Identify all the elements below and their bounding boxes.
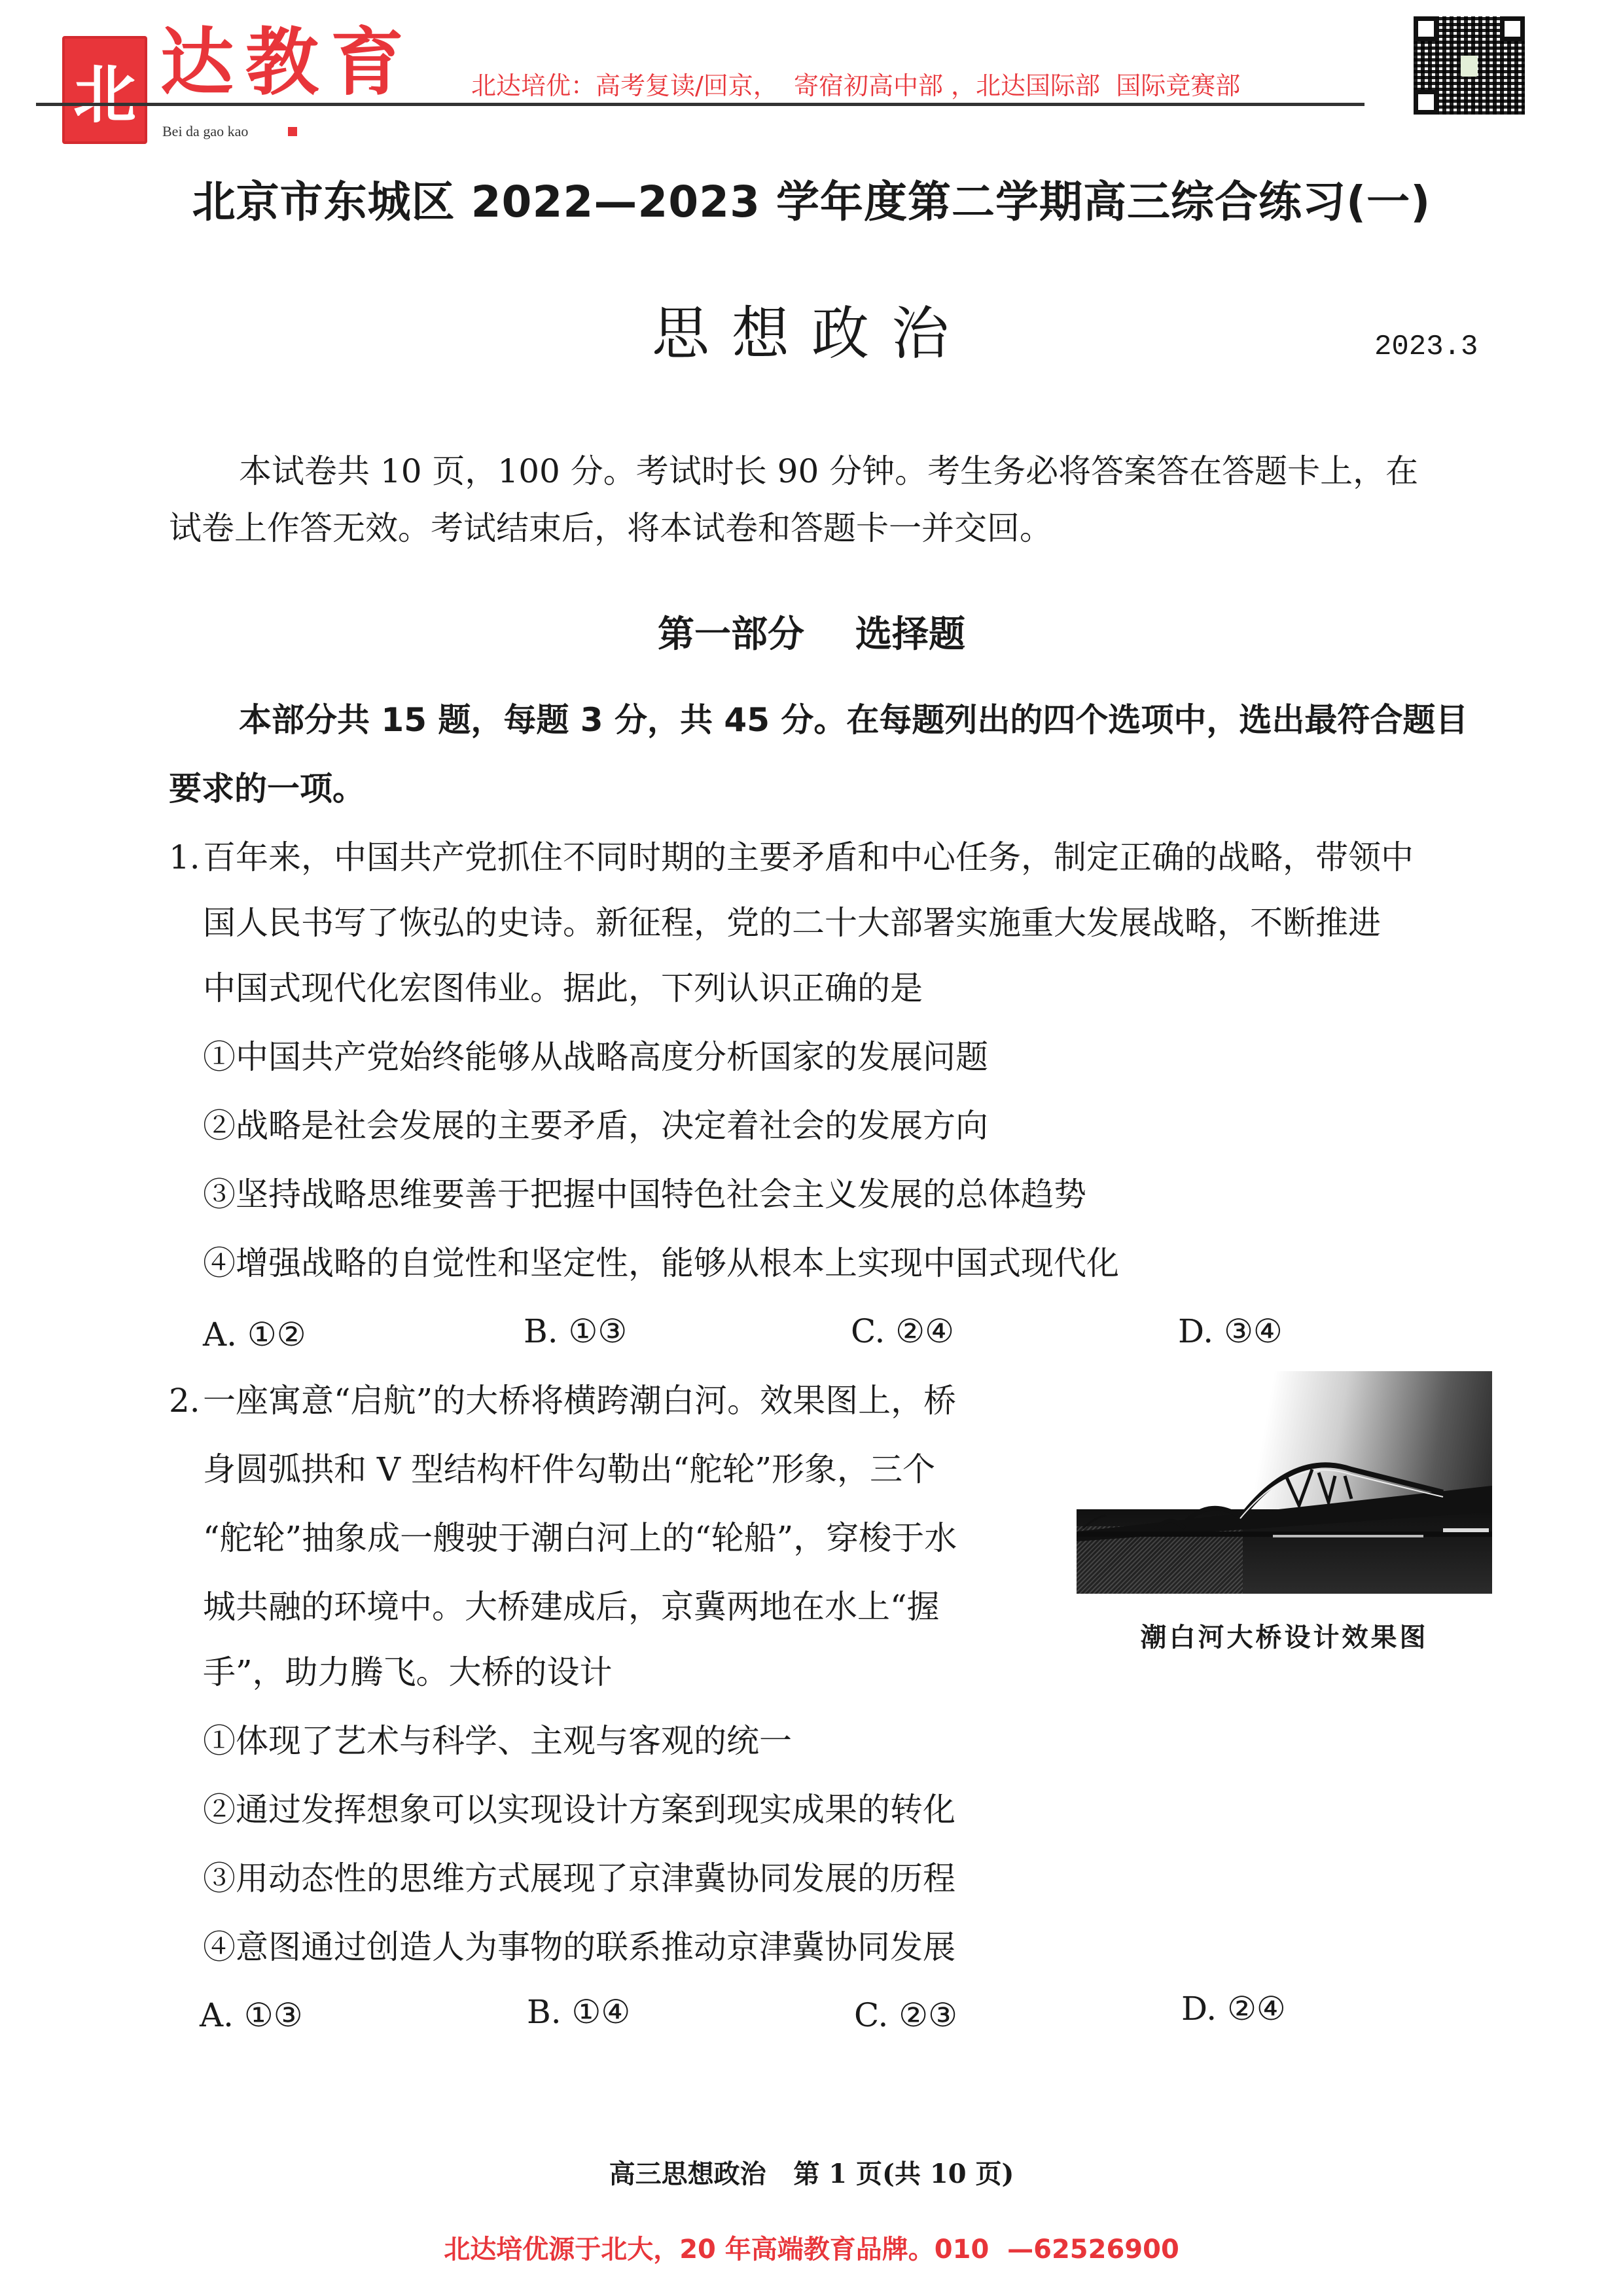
section-description-line-2: 要求的一项。 xyxy=(169,772,365,805)
option-a[interactable]: A. ①② xyxy=(203,1316,306,1354)
brand-footer: 北达培优源于北大，20 年高端教育品牌。010 —62526900 xyxy=(0,2229,1623,2266)
question-stem-line: 手”，助力腾飞。大桥的设计 xyxy=(203,1656,613,1689)
option-c[interactable]: C. ②④ xyxy=(851,1312,954,1350)
statement-1: ①体现了艺术与科学、主观与客观的统一 xyxy=(203,1725,792,1757)
figure-caption: 潮白河大桥设计效果图 xyxy=(1077,1617,1492,1654)
option-a[interactable]: A. ①③ xyxy=(200,1996,303,2034)
qr-code-icon xyxy=(1414,16,1525,115)
exam-date: 2023.3 xyxy=(1374,331,1478,363)
option-d[interactable]: D. ③④ xyxy=(1178,1312,1283,1350)
statement-4: ④意图通过创造人为事物的联系推动京津冀协同发展 xyxy=(203,1931,955,1964)
option-b[interactable]: B. ①③ xyxy=(524,1312,627,1350)
statement-1: ①中国共产党始终能够从战略高度分析国家的发展问题 xyxy=(203,1041,988,1073)
statement-2: ②通过发挥想象可以实现设计方案到现实成果的转化 xyxy=(203,1793,955,1826)
logo-square-icon xyxy=(288,127,297,136)
header-divider xyxy=(36,103,1364,106)
qr-center-logo xyxy=(1461,56,1478,77)
question-number: 2. xyxy=(169,1384,200,1417)
option-c[interactable]: C. ②③ xyxy=(854,1996,957,2034)
header-slogan: 北达培优：高考复读/回京， 寄宿初高中部 ，北达国际部 国际竞赛部 xyxy=(471,65,1240,101)
option-b[interactable]: B. ①④ xyxy=(527,1993,630,2031)
qr-finder-pattern xyxy=(1414,90,1438,115)
logo-seal: 北 xyxy=(62,36,147,144)
logo-subtext: Bei da gao kao xyxy=(162,123,248,140)
question-number: 1. xyxy=(169,841,200,874)
section-title: 第一部分 选择题 xyxy=(0,605,1623,658)
question-stem-line: 中国式现代化宏图伟业。据此，下列认识正确的是 xyxy=(203,972,923,1005)
statement-3: ③用动态性的思维方式展现了京津冀协同发展的历程 xyxy=(203,1862,955,1895)
logo-text: 达教育 xyxy=(160,26,416,99)
question-stem-line: 百年来，中国共产党抓住不同时期的主要矛盾和中心任务，制定正确的战略，带领中 xyxy=(203,841,1414,874)
instructions-line-1: 本试卷共 10 页，100 分。考试时长 90 分钟。考生务必将答案答在答题卡上… xyxy=(239,455,1418,488)
question-stem-line: 城共融的环境中。大桥建成后，京冀两地在水上“握 xyxy=(203,1590,940,1623)
statement-3: ③坚持战略思维要善于把握中国特色社会主义发展的总体趋势 xyxy=(203,1178,1086,1211)
question-stem-line: 国人民书写了恢弘的史诗。新征程，党的二十大部署实施重大发展战略，不断推进 xyxy=(203,906,1381,939)
question-stem-line: “舵轮”抽象成一艘驶于潮白河上的“轮船”，穿梭于水 xyxy=(203,1522,957,1554)
page-number-footer: 高三思想政治 第 1 页(共 10 页) xyxy=(0,2153,1623,2191)
statement-2: ②战略是社会发展的主要矛盾，决定着社会的发展方向 xyxy=(203,1109,988,1142)
statement-4: ④增强战略的自觉性和坚定性，能够从根本上实现中国式现代化 xyxy=(203,1247,1119,1280)
exam-title: 北京市东城区 2022—2023 学年度第二学期高三综合练习(一) xyxy=(0,167,1623,229)
option-d[interactable]: D. ②④ xyxy=(1181,1990,1286,2028)
bridge-arch-icon xyxy=(1077,1371,1492,1594)
bridge-design-figure xyxy=(1077,1371,1492,1594)
section-description-line-1: 本部分共 15 题，每题 3 分，共 45 分。在每题列出的四个选项中，选出最符… xyxy=(239,704,1468,736)
question-stem-line: 一座寓意“启航”的大桥将横跨潮白河。效果图上，桥 xyxy=(203,1384,956,1417)
instructions-line-2: 试卷上作答无效。考试结束后，将本试卷和答题卡一并交回。 xyxy=(169,512,1052,545)
question-stem-line: 身圆弧拱和 V 型结构杆件勾勒出“舵轮”形象，三个 xyxy=(203,1453,935,1486)
logo-seal-char: 北 xyxy=(73,45,136,135)
